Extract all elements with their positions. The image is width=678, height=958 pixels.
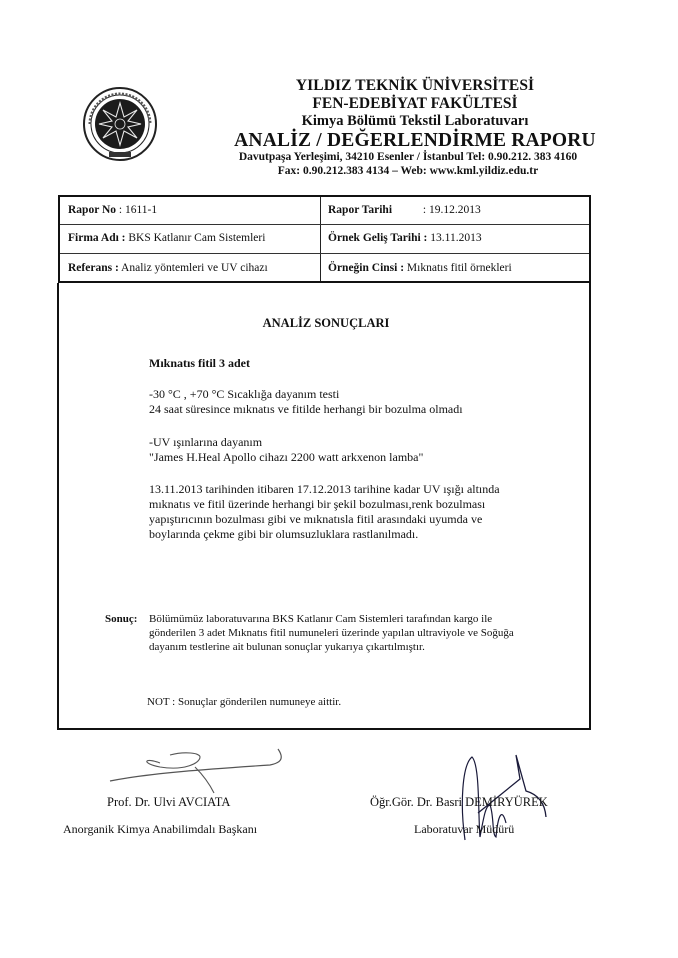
row-divider [60,224,589,225]
signature-avciata-icon [90,745,290,800]
firma-cell: Firma Adı : BKS Katlanır Cam Sistemleri [68,232,265,244]
address-line: Davutpaşa Yerleşimi, 34210 Esenler / İst… [188,151,628,163]
uv-test-title: -UV ışınlarına dayanım [149,435,262,450]
rapor-no-cell: Rapor No : 1611-1 [68,204,157,216]
ornek-gelis-label: Örnek Geliş Tarihi : [328,232,427,244]
uv-result-line: 13.11.2013 tarihinden itibaren 17.12.201… [149,482,500,497]
signatory-name: Prof. Dr. Ulvi AVCIATA [107,795,230,810]
rapor-no-label: Rapor No [68,204,116,216]
uv-result-line: mıknatıs ve fitil üzerinde herhangi bir … [149,497,485,512]
university-name: YILDIZ TEKNİK ÜNİVERSİTESİ [190,77,640,95]
report-info-table: Rapor No : 1611-1 Rapor Tarihi : 19.12.2… [58,195,591,283]
ornek-cinsi-cell: Örneğin Cinsi : Mıknatıs fitil örnekleri [328,262,512,274]
firma-label: Firma Adı : [68,232,126,244]
uv-result-line: boylarında çekme gibi bir olumsuzluklara… [149,527,418,542]
referans-label: Referans : [68,262,119,274]
rapor-tarihi-label: Rapor Tarihi [328,204,392,216]
faculty-name: FEN-EDEBİYAT FAKÜLTESİ [190,95,640,113]
note-text: NOT : Sonuçlar gönderilen numuneye aitti… [147,695,341,710]
ornek-cinsi-label: Örneğin Cinsi : [328,262,404,274]
signatory-title: Anorganik Kimya Anabilimdalı Başkanı [63,822,257,837]
analysis-results-box: ANALİZ SONUÇLARI Mıknatıs fitil 3 adet -… [57,283,591,730]
report-title: ANALİZ / DEĞERLENDİRME RAPORU [190,130,640,152]
firma-value: BKS Katlanır Cam Sistemleri [128,232,265,244]
conclusion-label: Sonuç: [105,612,137,627]
uv-result-line: yapıştırıcının bozulması gibi ve mıknatı… [149,512,482,527]
referans-value: Analiz yöntemleri ve UV cihazı [121,262,268,274]
temperature-test-result: 24 saat süresince mıknatıs ve fitilde he… [149,402,463,417]
rapor-tarihi-cell: Rapor Tarihi : 19.12.2013 [328,204,481,216]
rapor-tarihi-value: : 19.12.2013 [423,204,481,216]
temperature-test-title: -30 °C , +70 °C Sıcaklığa dayanım testi [149,387,339,402]
results-heading: ANALİZ SONUÇLARI [59,316,593,331]
signatory-title: Laboratuvar Müdürü [414,822,514,837]
signatory-name: Öğr.Gör. Dr. Basri DEMİRYÜREK [370,795,548,810]
ornek-cinsi-value: Mıknatıs fitil örnekleri [407,262,512,274]
column-divider [320,197,321,281]
row-divider [60,253,589,254]
contact-line: Fax: 0.90.212.383 4134 – Web: www.kml.yi… [188,165,628,177]
ornek-gelis-value: 13.11.2013 [430,232,481,244]
conclusion-line: Bölümümüz laboratuvarına BKS Katlanır Ca… [149,612,492,626]
uv-device: "James H.Heal Apollo cihazı 2200 watt ar… [149,450,423,465]
referans-cell: Referans : Analiz yöntemleri ve UV cihaz… [68,262,268,274]
sample-description: Mıknatıs fitil 3 adet [149,356,250,371]
conclusion-line: gönderilen 3 adet Mıknatıs fitil numunel… [149,626,514,640]
conclusion-line: dayanım testlerine ait bulunan sonuçlar … [149,640,425,654]
ornek-gelis-cell: Örnek Geliş Tarihi : 13.11.2013 [328,232,482,244]
rapor-no-value: : 1611-1 [119,204,157,216]
department-name: Kimya Bölümü Tekstil Laboratuvarı [190,113,640,130]
university-seal-icon [82,86,158,162]
